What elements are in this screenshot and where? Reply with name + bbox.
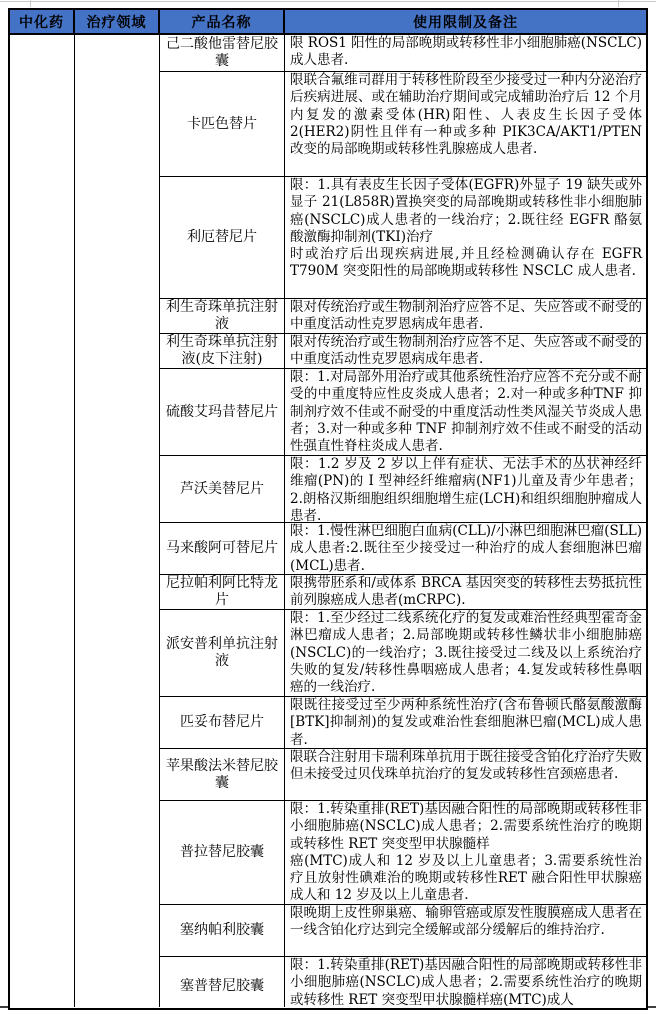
remark-cell: 限对传统治疗或生物制剂治疗应答不足、失应答或不耐受的中重度活动性克罗恩病成年患者… [285, 299, 646, 333]
table-row: 塞普替尼胶囊 限：1.转染重排(RET)基因融合阳性的局部晚期或转移性非小细胞肺… [160, 957, 646, 1007]
table-row: 己二酸他雷替尼胶囊 限 ROS1 阳性的局部晚期或转移性非小细胞肺癌(NSCLC… [160, 35, 646, 72]
category-empty-cell [10, 35, 75, 1007]
remark-cell: 限联合注射用卡瑞利珠单抗用于既往接受含铂化疗治疗失败但未接受过贝伐珠单抗治疗的复… [285, 749, 646, 800]
product-name-cell: 马来酸阿可替尼片 [160, 523, 285, 574]
table-row: 塞纳帕利胶囊 限晚期上皮性卵巢癌、输卵管癌或原发性腹膜癌成人患者在一线含铂化疗达… [160, 905, 646, 957]
gridline-artifact-tick-right [618, 0, 619, 7]
table-row: 芦沃美替尼片 限：1.2 岁及 2 岁以上伴有症状、无法手术的丛状神经纤维瘤(P… [160, 456, 646, 523]
remark-cell: 限：1.转染重排(RET)基因融合阳性的局部晚期或转移性非小细胞肺癌(NSCLC… [285, 957, 646, 1007]
header-therapy-area: 治疗领域 [75, 10, 160, 33]
table-row: 普拉替尼胶囊 限：1.转染重排(RET)基因融合阳性的局部晚期或转移性非小细胞肺… [160, 801, 646, 905]
remark-cell: 限：1.转染重排(RET)基因融合阳性的局部晚期或转移性非小细胞肺癌(NSCLC… [285, 801, 646, 904]
remark-cell: 限：1.至少经过二线系统化疗的复发或难治性经典型霍奇金淋巴瘤成人患者；2.局部晚… [285, 610, 646, 696]
product-name-cell: 派安普利单抗注射液 [160, 610, 285, 696]
remark-cell: 限携带胚系和/或体系 BRCA 基因突变的转移性去势抵抗性前列腺癌成人患者(mC… [285, 575, 646, 609]
product-name-cell: 苹果酸法米替尼胶囊 [160, 749, 285, 800]
table-header-row: 中化药 治疗领域 产品名称 使用限制及备注 [10, 10, 646, 35]
header-usage-limit: 使用限制及备注 [285, 10, 646, 33]
remark-cell: 限：1.慢性淋巴细胞白血病(CLL)/小淋巴细胞淋巴瘤(SLL)成人患者:2.既… [285, 523, 646, 574]
remark-cell: 限既往接受过至少两种系统性治疗(含布鲁顿氏酪氨酸激酶[BTK]抑制剂)的复发或难… [285, 697, 646, 748]
table-row: 利生奇珠单抗注射液 限对传统治疗或生物制剂治疗应答不足、失应答或不耐受的中重度活… [160, 299, 646, 334]
product-name-cell: 尼拉帕利阿比特龙片 [160, 575, 285, 609]
product-name-cell: 匹妥布替尼片 [160, 697, 285, 748]
product-name-cell: 芦沃美替尼片 [160, 456, 285, 522]
remark-cell: 限对传统治疗或生物制剂治疗应答不足、失应答或不耐受的中重度活动性克罗恩病成年患者… [285, 334, 646, 368]
table-row: 马来酸阿可替尼片 限：1.慢性淋巴细胞白血病(CLL)/小淋巴细胞淋巴瘤(SLL… [160, 523, 646, 575]
remark-cell: 限：1.2 岁及 2 岁以上伴有症状、无法手术的丛状神经纤维瘤(PN)的 I 型… [285, 456, 646, 522]
remark-cell: 限 ROS1 阳性的局部晚期或转移性非小细胞肺癌(NSCLC)成人患者. [285, 35, 646, 71]
table-row: 硫酸艾玛昔替尼片 限：1.对局部外用治疗或其他系统性治疗应答不充分或不耐受的中重… [160, 369, 646, 456]
table-row: 苹果酸法米替尼胶囊 限联合注射用卡瑞利珠单抗用于既往接受含铂化疗治疗失败但未接受… [160, 749, 646, 801]
remark-cell: 限：1.对局部外用治疗或其他系统性治疗应答不充分或不耐受的中重度特应性皮炎成人患… [285, 369, 646, 455]
product-name-cell: 利生奇珠单抗注射液 [160, 299, 285, 333]
header-product-name: 产品名称 [160, 10, 285, 33]
document-page: 中化药 治疗领域 产品名称 使用限制及备注 己二酸他雷替尼胶囊 限 ROS1 阳… [0, 0, 656, 1010]
table-body: 己二酸他雷替尼胶囊 限 ROS1 阳性的局部晚期或转移性非小细胞肺癌(NSCLC… [10, 35, 646, 1007]
table-rows: 己二酸他雷替尼胶囊 限 ROS1 阳性的局部晚期或转移性非小细胞肺癌(NSCLC… [160, 35, 646, 1007]
table-row: 利厄替尼片 限：1.具有表皮生长因子受体(EGFR)外显子 19 缺失或外显子 … [160, 177, 646, 299]
drug-restriction-table: 中化药 治疗领域 产品名称 使用限制及备注 己二酸他雷替尼胶囊 限 ROS1 阳… [8, 8, 648, 1010]
product-name-cell: 硫酸艾玛昔替尼片 [160, 369, 285, 455]
remark-cell: 限：1.具有表皮生长因子受体(EGFR)外显子 19 缺失或外显子 21(L85… [285, 177, 646, 298]
therapy-area-empty-cell [75, 35, 160, 1007]
gridline-artifact-tick-left [30, 0, 31, 7]
product-name-cell: 塞普替尼胶囊 [160, 957, 285, 1007]
table-row: 匹妥布替尼片 限既往接受过至少两种系统性治疗(含布鲁顿氏酪氨酸激酶[BTK]抑制… [160, 697, 646, 749]
product-name-cell: 塞纳帕利胶囊 [160, 905, 285, 956]
product-name-cell: 卡匹色替片 [160, 72, 285, 176]
header-category: 中化药 [10, 10, 75, 33]
product-name-cell: 利生奇珠单抗注射液(皮下注射) [160, 334, 285, 368]
table-row: 尼拉帕利阿比特龙片 限携带胚系和/或体系 BRCA 基因突变的转移性去势抵抗性前… [160, 575, 646, 610]
table-row: 利生奇珠单抗注射液(皮下注射) 限对传统治疗或生物制剂治疗应答不足、失应答或不耐… [160, 334, 646, 369]
gridline-artifact-top [0, 1, 656, 2]
remark-cell: 限联合氟维司群用于转移性阶段至少接受过一种内分泌治疗后疾病进展、或在辅助治疗期间… [285, 72, 646, 176]
product-name-cell: 普拉替尼胶囊 [160, 801, 285, 904]
product-name-cell: 利厄替尼片 [160, 177, 285, 298]
table-row: 派安普利单抗注射液 限：1.至少经过二线系统化疗的复发或难治性经典型霍奇金淋巴瘤… [160, 610, 646, 697]
remark-cell: 限晚期上皮性卵巢癌、输卵管癌或原发性腹膜癌成人患者在一线含铂化疗达到完全缓解或部… [285, 905, 646, 956]
product-name-cell: 己二酸他雷替尼胶囊 [160, 35, 285, 71]
table-row: 卡匹色替片 限联合氟维司群用于转移性阶段至少接受过一种内分泌治疗后疾病进展、或在… [160, 72, 646, 177]
